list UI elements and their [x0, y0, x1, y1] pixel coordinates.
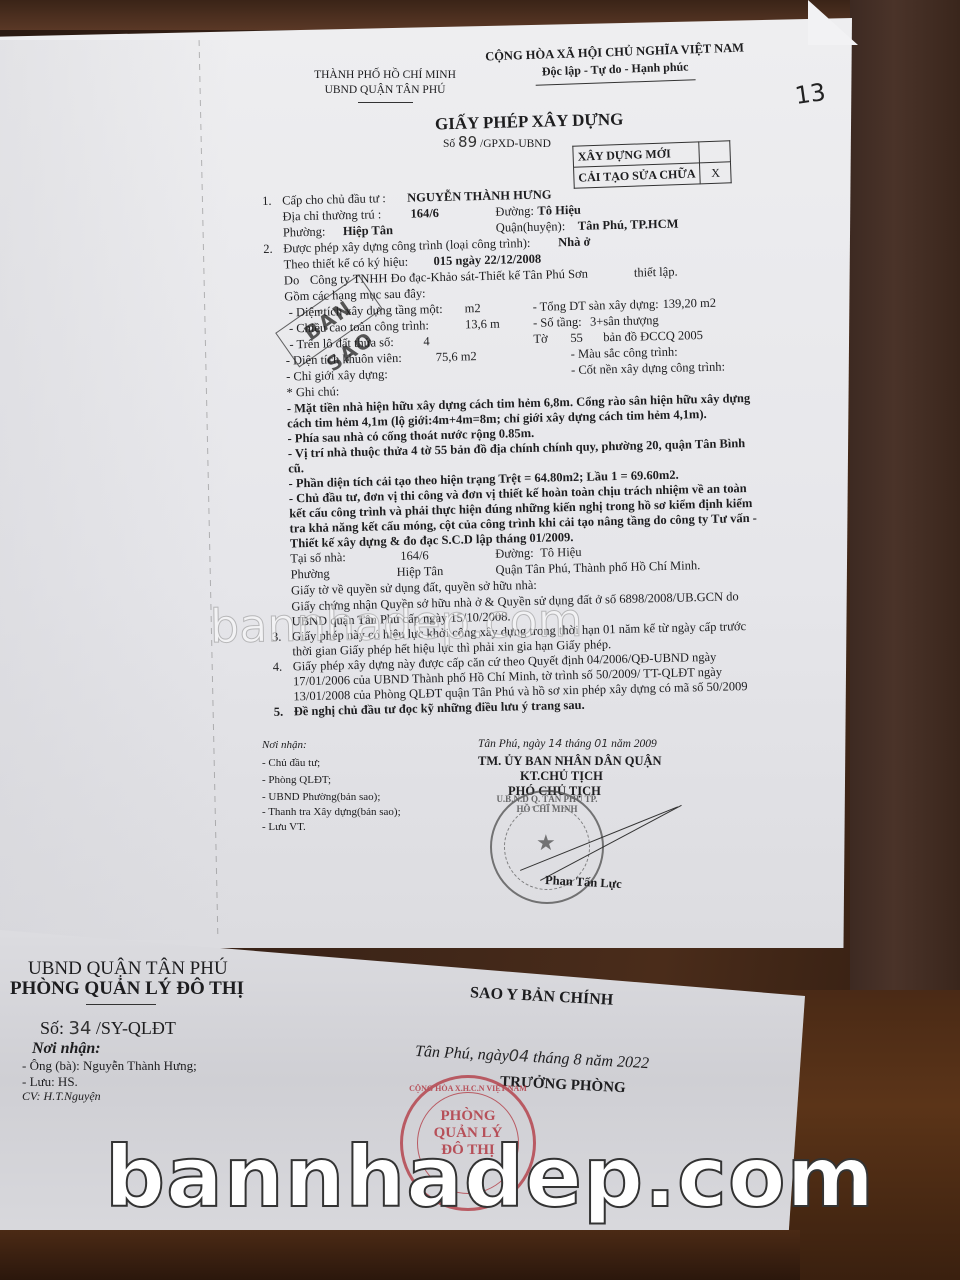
label: Đường: — [495, 546, 534, 562]
label: Theo thiết kế có ký hiệu: — [283, 255, 408, 273]
date-year: 2009 — [634, 738, 657, 750]
seal-text: U.B.N.D Q. TÂN PHÚ TP. HỒ CHÍ MINH — [492, 792, 602, 814]
label: Phường — [290, 567, 329, 583]
recipients-label: Nơi nhận: — [262, 738, 307, 753]
handwritten-page-number: 13 — [793, 78, 827, 110]
date-day: 04 — [508, 1046, 529, 1066]
sign-org: TM. ỦY BAN NHÂN DÂN QUẬN — [478, 754, 662, 769]
copy-recipient-item: - Ông (bà): Nguyễn Thành Hưng; — [22, 1058, 197, 1074]
star-icon: ★ — [536, 830, 556, 856]
value: 75,6 m2 — [436, 349, 477, 365]
copy-number: Số: 34 /SY-QLĐT — [40, 1018, 176, 1039]
recipient-item: - UBND Phường(bản sao); — [262, 790, 380, 805]
number-value: 34 — [69, 1018, 92, 1039]
label: - Diện tích khuôn viên: — [286, 351, 402, 369]
copy-officer: CV: H.T.Nguyện — [22, 1089, 101, 1104]
value: 3+sân thượng — [590, 313, 659, 330]
recipient-item: - Lưu VT. — [262, 820, 306, 835]
authority-city: THÀNH PHỐ HỒ CHÍ MINH — [305, 68, 465, 83]
permit-number: Số 89 /GPXD-UBND — [443, 133, 551, 151]
label: - Tổng DT sàn xây dựng: — [532, 297, 658, 315]
issuing-authority: THÀNH PHỐ HỒ CHÍ MINH UBND QUẬN TÂN PHÚ — [305, 68, 465, 103]
watermark: bannhadep.com — [105, 1128, 875, 1226]
label: Phường: — [283, 225, 326, 241]
type-mark — [699, 141, 731, 163]
label: thiết lập. — [634, 265, 678, 281]
year-label: năm — [611, 738, 631, 750]
value: bản đồ ĐCCQ 2005 — [603, 328, 703, 345]
divider — [358, 102, 413, 103]
month-label: tháng — [565, 738, 591, 750]
value: Hiệp Tân — [396, 564, 443, 580]
wood-table-bottom — [0, 1230, 800, 1280]
value: 13,6 m — [465, 317, 500, 333]
value: 015 ngày 22/12/2008 — [433, 252, 541, 269]
sign-date: Tân Phú, ngày 14 tháng 01 năm 2009 — [478, 736, 657, 752]
value: Hiệp Tân — [343, 223, 393, 239]
value: m2 — [464, 301, 480, 316]
type-mark: X — [700, 162, 732, 184]
value: 4 — [423, 334, 430, 349]
section-num: 1. — [262, 194, 272, 209]
date-prefix: Tân Phú, ngày — [478, 738, 545, 750]
copy-recipient-item: - Lưu: HS. — [22, 1074, 78, 1090]
recipient-item: - Chủ đầu tư; — [262, 756, 320, 771]
date-day: 14 — [548, 737, 562, 750]
note-item: - Chủ đầu tư, đơn vị thi công và đơn vị … — [269, 481, 760, 552]
value: Tô Hiệu — [537, 203, 581, 219]
label: * Ghi chú: — [286, 384, 339, 400]
section-num: 4. — [273, 660, 283, 675]
authority-district: UBND QUẬN TÂN PHÚ — [305, 83, 465, 98]
watermark-faint: bannhadep.com — [210, 593, 583, 653]
value: 164/6 — [400, 548, 429, 564]
number-label: Số — [443, 138, 455, 150]
date-month: 01 — [594, 737, 608, 750]
copy-org-line1: UBND QUẬN TÂN PHÚ — [28, 958, 228, 980]
recipient-item: - Phòng QLĐT; — [262, 773, 331, 788]
label: Địa chỉ thường trú : — [282, 207, 381, 224]
date-prefix: Tân Phú, ngày — [415, 1043, 510, 1065]
label: - Số tầng: — [533, 315, 582, 331]
section-num: 2. — [263, 242, 273, 257]
number-suffix: /GPXD-UBND — [480, 138, 551, 150]
copy-org-line2: PHÒNG QUẢN LÝ ĐÔ THỊ — [10, 978, 244, 1000]
copy-recipients-label: Nơi nhận: — [32, 1040, 101, 1058]
section-num: 5. — [274, 705, 284, 720]
value: 164/6 — [410, 206, 439, 222]
number-suffix: /SY-QLĐT — [96, 1018, 176, 1038]
value: Tô Hiệu — [540, 545, 582, 561]
divider — [86, 1004, 156, 1005]
label: - Màu sắc công trình: — [571, 345, 678, 362]
value: 139,20 m2 — [662, 296, 716, 312]
number-value: 89 — [458, 133, 477, 151]
number-label: Số: — [40, 1018, 64, 1038]
label: Do — [284, 273, 300, 288]
seal-line: PHÒNG — [403, 1108, 533, 1125]
label: Tại số nhà: — [290, 550, 346, 566]
value: Nhà ở — [558, 235, 591, 251]
label: - Trên lô đất thửa số: — [289, 335, 394, 352]
label: Quận(huyện): — [496, 219, 566, 236]
recipient-item: - Thanh tra Xây dựng(bản sao); — [262, 805, 401, 820]
label: - Chỉ giới xây dựng: — [286, 367, 388, 384]
paper-shadow — [0, 40, 230, 940]
value: Tân Phú, TP.HCM — [578, 217, 679, 234]
construction-type-box: XÂY DỰNG MỚI CẢI TẠO SỬA CHỮA X — [572, 140, 732, 188]
label: Cấp cho chủ đầu tư : — [282, 191, 386, 208]
sign-role: KT.CHỦ TỊCH — [520, 769, 603, 784]
label: Tờ — [533, 332, 548, 347]
label: - Chiều cao toàn công trình: — [289, 318, 429, 336]
label: Đường: — [495, 204, 534, 220]
value: 55 — [570, 331, 583, 346]
